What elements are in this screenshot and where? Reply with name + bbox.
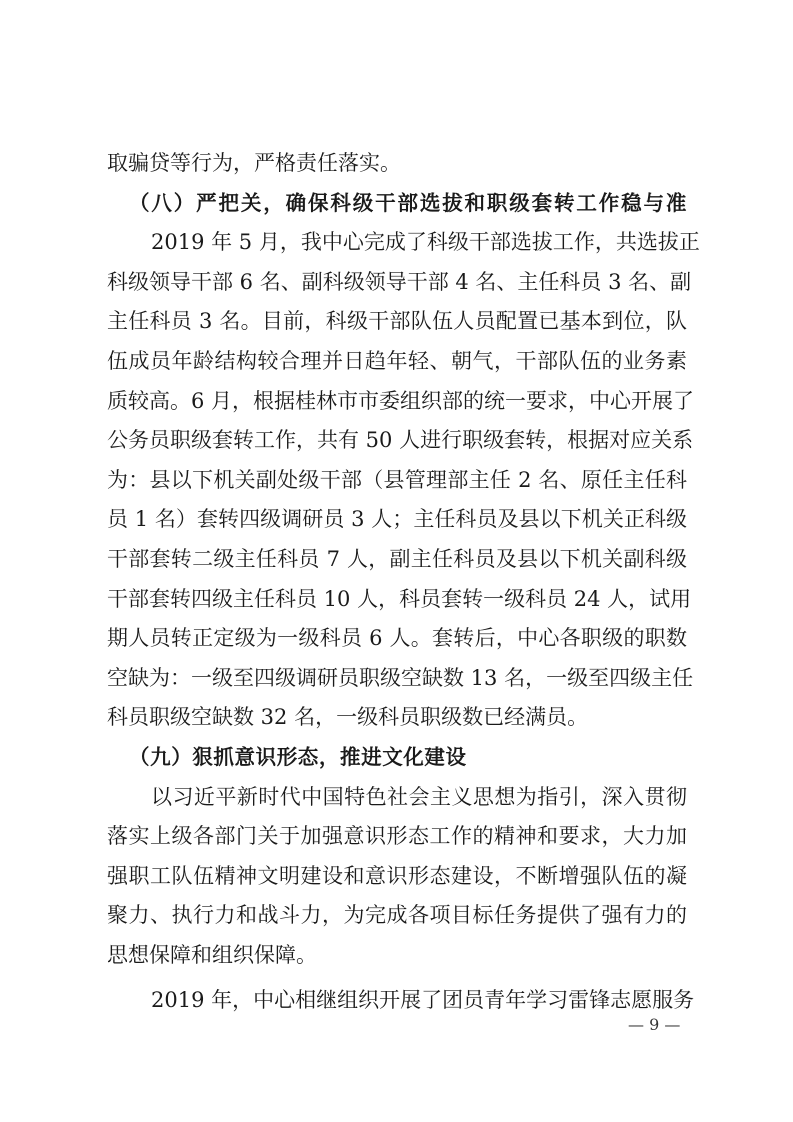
page-body: 取骗贷等行为，严格责任落实。 （八）严把关，确保科级干部选拔和职级套转工作稳与准… [107, 144, 687, 1021]
document-page: 取骗贷等行为，严格责任落实。 （八）严把关，确保科级干部选拔和职级套转工作稳与准… [0, 0, 793, 1122]
section-9-heading: （九）狠抓意识形态，推进文化建设 [107, 738, 687, 778]
paragraph-line: 为：县以下机关副处级干部（县管理部主任 2 名、原任主任科 [107, 461, 687, 501]
paragraph-line: 科员职级空缺数 32 名，一级科员职级数已经满员。 [107, 698, 687, 738]
paragraph-line: 落实上级各部门关于加强意识形态工作的精神和要求，大力加 [107, 817, 687, 857]
paragraph-tail-line: 取骗贷等行为，严格责任落实。 [107, 144, 687, 184]
paragraph-line: 思想保障和组织保障。 [107, 936, 687, 976]
section-8-paragraph: 2019 年 5 月，我中心完成了科级干部选拔工作，共选拔正 科级领导干部 6 … [107, 223, 687, 738]
paragraph-line: 质较高。6 月，根据桂林市市委组织部的统一要求，中心开展了 [107, 382, 687, 422]
section-8-heading: （八）严把关，确保科级干部选拔和职级套转工作稳与准 [107, 184, 687, 224]
section-9-paragraph-1: 以习近平新时代中国特色社会主义思想为指引，深入贯彻 落实上级各部门关于加强意识形… [107, 778, 687, 976]
paragraph-line: 干部套转四级主任科员 10 人，科员套转一级科员 24 人，试用 [107, 580, 687, 620]
paragraph-line: 强职工队伍精神文明建设和意识形态建设，不断增强队伍的凝 [107, 857, 687, 897]
paragraph-line: 2019 年，中心相继组织开展了团员青年学习雷锋志愿服务 [107, 981, 687, 1021]
paragraph-line: 公务员职级套转工作，共有 50 人进行职级套转，根据对应关系 [107, 421, 687, 461]
paragraph-line: 空缺为：一级至四级调研员职级空缺数 13 名，一级至四级主任 [107, 659, 687, 699]
page-number: — 9 — [628, 1015, 680, 1034]
paragraph-line: 主任科员 3 名。目前，科级干部队伍人员配置已基本到位，队 [107, 302, 687, 342]
paragraph-line: 以习近平新时代中国特色社会主义思想为指引，深入贯彻 [107, 778, 687, 818]
paragraph-line: 2019 年 5 月，我中心完成了科级干部选拔工作，共选拔正 [107, 223, 687, 263]
paragraph-line: 聚力、执行力和战斗力，为完成各项目标任务提供了强有力的 [107, 896, 687, 936]
section-9-paragraph-2: 2019 年，中心相继组织开展了团员青年学习雷锋志愿服务 [107, 981, 687, 1021]
paragraph-line: 干部套转二级主任科员 7 人，副主任科员及县以下机关副科级 [107, 540, 687, 580]
paragraph-line: 期人员转正定级为一级科员 6 人。套转后，中心各职级的职数 [107, 619, 687, 659]
paragraph-line: 员 1 名）套转四级调研员 3 人；主任科员及县以下机关正科级 [107, 500, 687, 540]
paragraph-line: 伍成员年龄结构较合理并日趋年轻、朝气，干部队伍的业务素 [107, 342, 687, 382]
paragraph-line: 科级领导干部 6 名、副科级领导干部 4 名、主任科员 3 名、副 [107, 263, 687, 303]
